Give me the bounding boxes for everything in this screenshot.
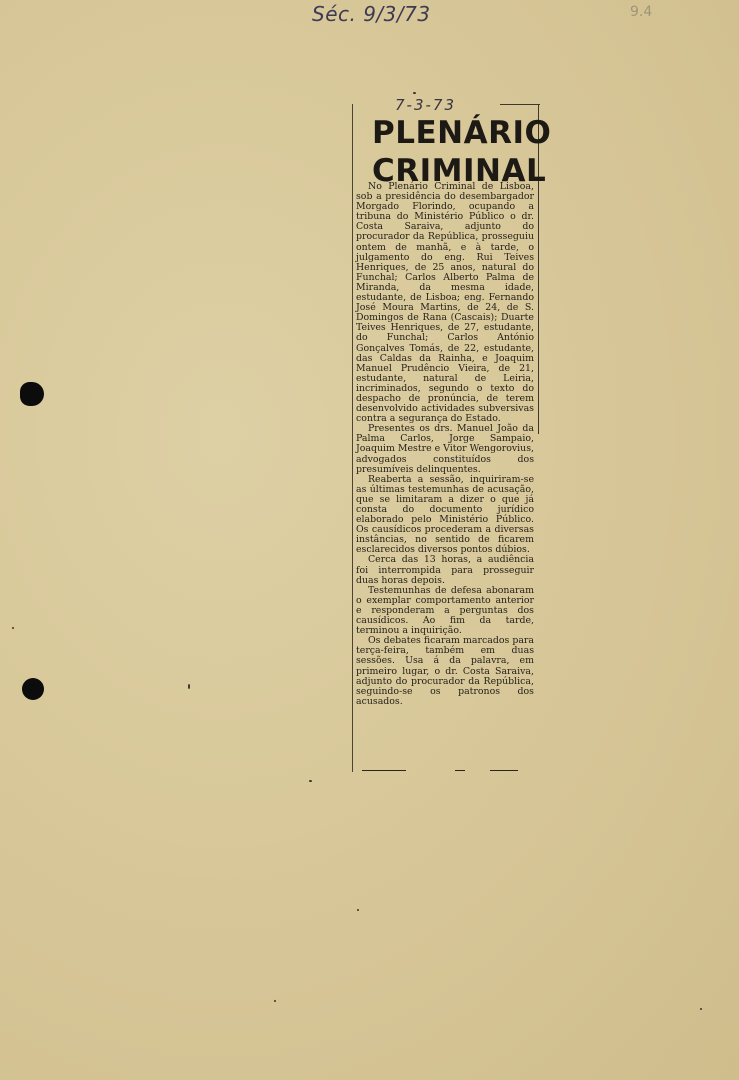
punch-hole-bottom (22, 678, 44, 700)
paper-speck (700, 1008, 702, 1010)
paper-speck (188, 684, 190, 689)
article-paragraph: Presentes os drs. Manuel João da Palma C… (356, 424, 534, 474)
paper-speck (357, 909, 359, 911)
clipping-border-top (500, 104, 540, 105)
headline-line-1: PLENÁRIO (372, 114, 534, 152)
paper-speck (413, 92, 416, 94)
article-paragraph: No Plenário Criminal de Lisboa, sob a pr… (356, 182, 534, 424)
article-paragraph: Cerca das 13 horas, a audiência foi inte… (356, 555, 534, 585)
handwritten-date-note: Séc. 9/3/73 (312, 2, 431, 26)
clipping-bottom-rule (362, 770, 406, 771)
article-headline: PLENÁRIO CRIMINAL (372, 114, 534, 190)
punch-hole-top (20, 382, 44, 406)
article-body: No Plenário Criminal de Lisboa, sob a pr… (356, 182, 534, 707)
clipping-bottom-rule (490, 770, 518, 771)
paper-speck (309, 780, 312, 782)
paper-speck (274, 1000, 276, 1002)
article-paragraph: Reaberta a sessão, inquiriram-se as últi… (356, 475, 534, 556)
article-paragraph: Os debates ficaram marcados para terça-f… (356, 636, 534, 707)
clipping-handwritten-date: 7-3-73 (395, 96, 456, 114)
article-paragraph: Testemunhas de defesa abonaram o exempla… (356, 586, 534, 636)
clipping-bottom-rule (455, 770, 465, 771)
paper-speck (12, 627, 14, 629)
corner-pencil-mark: 9.4 (630, 4, 652, 20)
